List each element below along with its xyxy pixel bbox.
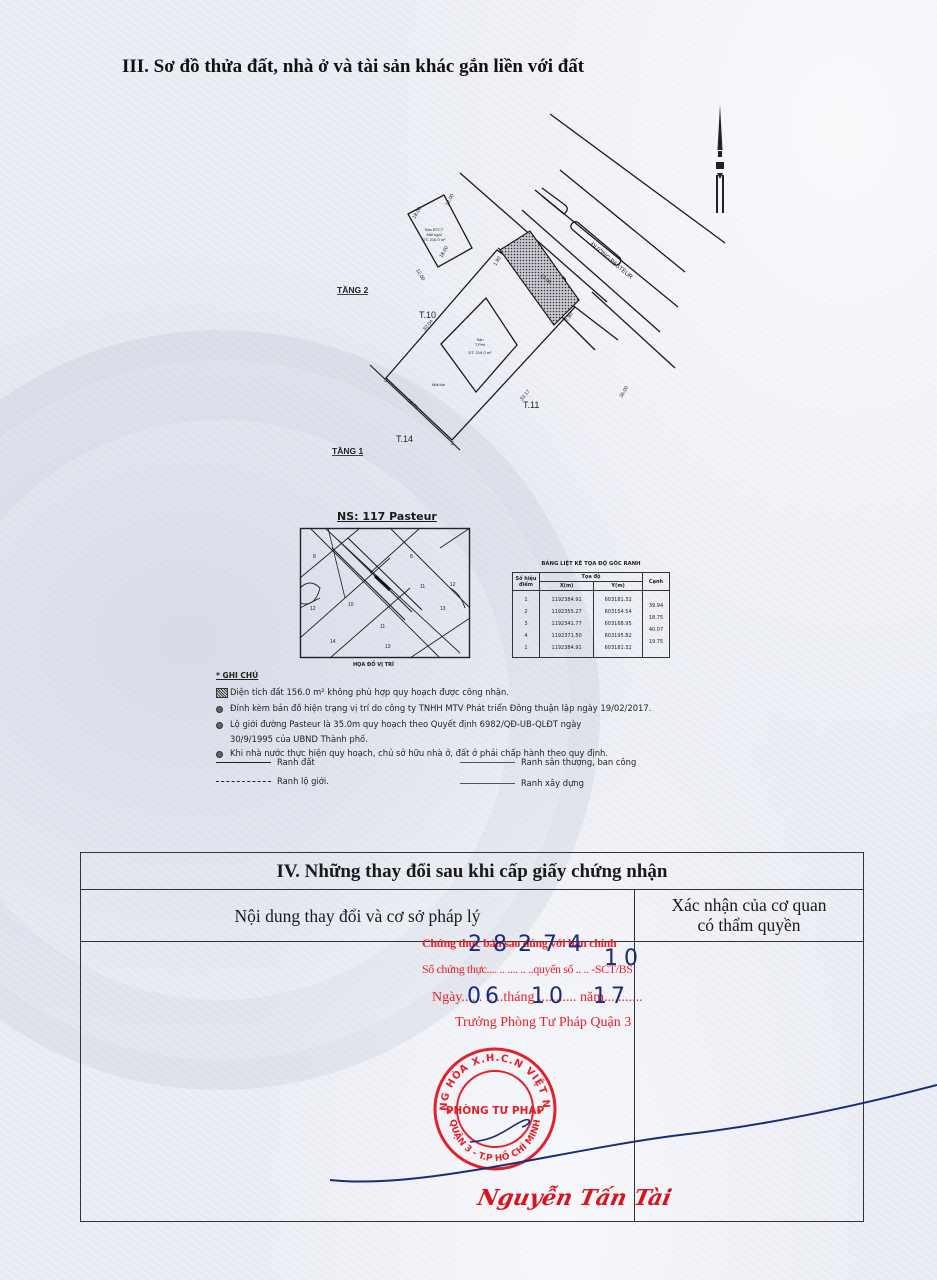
table-cell: 1192384.91 [540, 642, 593, 654]
col-y-values: 603181.32 603154.54 603168.95 603195.82 … [594, 591, 643, 658]
col-x: X(m) [540, 582, 594, 591]
hatch-legend-icon [216, 688, 228, 698]
signature-stroke [300, 1080, 937, 1190]
col-header-line: có thẩm quyền [635, 915, 863, 935]
dimension: 18.00 [412, 206, 424, 220]
legend-road-boundary: Ranh lộ giới. [216, 776, 329, 786]
block-label: T.Phố [475, 342, 486, 347]
book-number: 10 [604, 946, 644, 971]
location-map-title: NS: 117 Pasteur [337, 510, 437, 523]
table-cell: 2 [513, 606, 539, 618]
svg-text:12: 12 [450, 582, 456, 588]
note-item: Lộ giới đường Pasteur là 35.0m quy hoạch… [216, 718, 696, 734]
note-item: 30/9/1995 của UBND Thành phố. [216, 733, 696, 747]
col-edge: Cạnh [643, 573, 670, 591]
dimension: 12.00 [414, 268, 426, 282]
col-header-confirmation: Xác nhận của cơ quan có thẩm quyền [635, 890, 863, 941]
date-month: 10 [531, 984, 567, 1009]
svg-text:10: 10 [348, 602, 354, 608]
note-text: 30/9/1995 của UBND Thành phố. [230, 733, 368, 747]
thin-line-icon [460, 783, 515, 784]
legend-terrace-boundary: Ranh sân thượng, ban công [460, 757, 636, 767]
table-cell: 603168.95 [594, 618, 642, 630]
table-cell: 1192341.77 [540, 618, 593, 630]
table-cell: 1192355.27 [540, 606, 593, 618]
table-cell: 1 [513, 642, 539, 654]
coordinate-table-title: BẢNG LIỆT KÊ TỌA ĐỘ GÓC RANH [512, 561, 670, 567]
col-y: Y(m) [594, 582, 643, 591]
note-text: Diện tích đất 156.0 m² không phù hợp quy… [230, 686, 509, 700]
table-cell: 603154.54 [594, 606, 642, 618]
table-cell: 3 [513, 618, 539, 630]
dimension: 32.04 [422, 319, 435, 333]
table-cell: 1 [513, 594, 539, 606]
col-edge-values: 39.94 18.75 40.07 19.75 [643, 591, 670, 658]
corner-label: 3 [384, 378, 387, 384]
svg-text:13: 13 [440, 606, 446, 612]
cert-number: 28274 [468, 932, 593, 957]
table-cell: 19.75 [643, 636, 669, 648]
table-cell: 18.75 [643, 612, 669, 624]
stamp-line-2: Số chứng thực.... .. .... .. ..quyển số … [422, 962, 632, 977]
location-map: NS: 117 Pasteur 8810 111213 111413 [297, 510, 473, 670]
svg-text:8: 8 [410, 554, 413, 560]
dimension: 1.90 [493, 255, 503, 267]
date-day: 06 [467, 984, 503, 1009]
table-cell: 40.07 [643, 624, 669, 636]
svg-text:12: 12 [310, 606, 316, 612]
stamp-line-4: Trưởng Phòng Tư Pháp Quận 3 [455, 1015, 631, 1031]
table-cell: 1192384.91 [540, 594, 593, 606]
thin-line-icon [460, 762, 515, 763]
table-cell: 39.94 [643, 600, 669, 612]
lot-label: Mái tôn [432, 382, 445, 387]
bullet-icon [216, 722, 223, 729]
col-header-line: Xác nhận của cơ quan [635, 895, 863, 915]
table-cell: 4 [513, 630, 539, 642]
svg-text:8: 8 [313, 554, 316, 560]
legend-label: Ranh đất [277, 757, 315, 767]
table-cell: 1192371.50 [540, 630, 593, 642]
dashed-line-icon [216, 781, 271, 782]
notes-section: * GHI CHÚ Diện tích đất 156.0 m² không p… [216, 669, 696, 762]
corner-label: 3 [451, 441, 454, 447]
neighbor-label: T.11 [523, 400, 539, 410]
col-coords: Tọa độ [540, 573, 643, 582]
svg-text:14: 14 [330, 639, 336, 645]
floor-2-label: TẦNG 2 [337, 285, 368, 295]
location-map-caption: HỌA ĐỒ VỊ TRÍ [353, 662, 394, 668]
col-point-values: 1 2 3 4 1 [513, 591, 540, 658]
note-text: Đính kèm bản đồ hiện trạng vị trí do côn… [230, 702, 651, 716]
svg-text:11: 11 [420, 584, 425, 590]
note-item: Đính kèm bản đồ hiện trạng vị trí do côn… [216, 702, 696, 718]
col-x-values: 1192384.91 1192355.27 1192341.77 1192371… [540, 591, 594, 658]
solid-line-icon [216, 762, 271, 763]
legend-land-boundary: Ranh đất [216, 757, 315, 767]
block-label: DT: 216.0 m² [423, 237, 447, 242]
date-year: 17 [593, 984, 629, 1009]
table-cell: 603181.32 [594, 594, 642, 606]
signatory-name: Nguyễn Tấn Tài [475, 1185, 674, 1211]
note-item: Diện tích đất 156.0 m² không phù hợp quy… [216, 686, 696, 703]
notes-header: * GHI CHÚ [216, 669, 696, 683]
bullet-icon [216, 706, 223, 713]
dimension: 18.00 [439, 245, 451, 259]
col-point: Số hiệu điểm [513, 573, 540, 591]
legend-label: Ranh sân thượng, ban công [521, 757, 636, 767]
legend-construction-boundary: Ranh xây dựng [460, 778, 584, 788]
dimension: 12.00 [444, 193, 455, 207]
block-label: DT: 216.0 m² [469, 350, 493, 355]
legend-label: Ranh xây dựng [521, 778, 584, 788]
legend-label: Ranh lộ giới. [277, 776, 329, 786]
coordinate-table: BẢNG LIỆT KÊ TỌA ĐỘ GÓC RANH Số hiệu điể… [512, 561, 670, 658]
neighbor-label: T.14 [396, 434, 413, 444]
section-4-title: IV. Những thay đổi sau khi cấp giấy chứn… [81, 853, 863, 890]
floor-1-label: TẦNG 1 [332, 446, 363, 456]
dimension: 35.00 [619, 385, 631, 399]
neighbor-label: T.10 [419, 310, 436, 320]
note-text: Lộ giới đường Pasteur là 35.0m quy hoạch… [230, 718, 581, 732]
svg-text:13: 13 [385, 644, 391, 650]
section-3-title: III. Sơ đồ thửa đất, nhà ở và tài sản kh… [122, 56, 584, 78]
svg-text:11: 11 [380, 624, 385, 630]
table-cell: 603181.32 [594, 642, 642, 654]
plot-diagram: TẦNG 2 TẦNG 1 T.10 T.11 T.14 ĐƯỜNG PASTE… [300, 100, 720, 460]
table-cell: 603195.82 [594, 630, 642, 642]
